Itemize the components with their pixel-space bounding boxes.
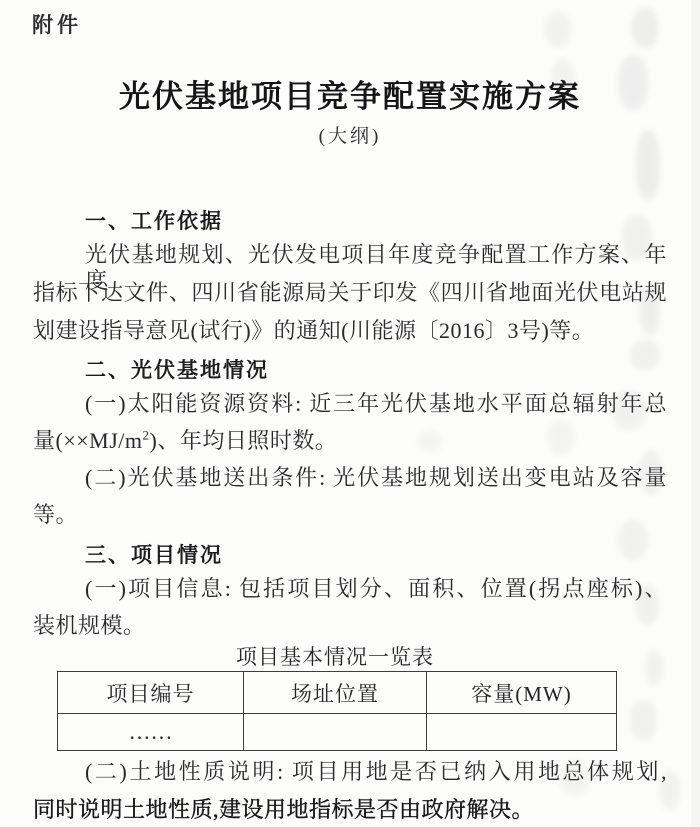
section2-item2-line2: 等。 [33, 502, 667, 528]
superscript-2: 2 [143, 428, 150, 443]
section3-item1-line1: (一)项目信息: 包括项目划分、面积、位置(拐点座标)、 [85, 576, 667, 602]
table-header-row: 项目编号 场址位置 容量(MW) [58, 672, 617, 714]
section2-item1-line1: (一)太阳能资源资料: 近三年光伏基地水平面总辐射年总 [85, 391, 667, 417]
section2-heading: 二、光伏基地情况 [85, 354, 269, 384]
attachment-label: 附件 [32, 9, 82, 39]
scan-edge-band [691, 0, 700, 827]
project-basic-info-table: 项目编号 场址位置 容量(MW) …… [57, 671, 617, 751]
section1-paragraph-line2: 指标下达文件、四川省能源局关于印发《四川省地面光伏电站规 [33, 280, 667, 306]
section3-heading: 三、项目情况 [85, 539, 223, 569]
scanned-document-page: 附件 光伏基地项目竞争配置实施方案 (大纲) 一、工作依据 光伏基地规划、光伏发… [0, 0, 700, 827]
section2-item2-line1: (二)光伏基地送出条件: 光伏基地规划送出变电站及容量 [85, 465, 667, 491]
table-header-site-location: 场址位置 [244, 672, 427, 714]
table-row: …… [58, 714, 617, 751]
table-caption: 项目基本情况一览表 [57, 641, 613, 671]
section2-item1-line2: 量(××MJ/m2)、年均日照时数。 [33, 428, 667, 454]
section3-item2-line1: (二)土地性质说明: 项目用地是否已纳入用地总体规划, [85, 759, 667, 785]
section1-heading: 一、工作依据 [85, 205, 223, 235]
section3-item2-line2: 同时说明土地性质,建设用地指标是否由政府解决。 [33, 797, 667, 823]
radiation-unit-prefix: 量(××MJ/m [33, 428, 143, 453]
document-subtitle: (大纲) [0, 121, 700, 148]
table-cell-project-number: …… [58, 714, 244, 751]
section1-paragraph-line3: 划建设指导意见(试行)》的通知(川能源〔2016〕3号)等。 [33, 318, 667, 344]
table-cell-capacity [427, 714, 617, 751]
radiation-unit-suffix: )、年均日照时数。 [150, 428, 338, 453]
table-cell-site-location [244, 714, 427, 751]
table-header-capacity-mw: 容量(MW) [427, 672, 617, 714]
section3-item1-line2: 装机规模。 [33, 613, 667, 639]
document-title: 光伏基地项目竞争配置实施方案 [0, 71, 700, 116]
table-header-project-number: 项目编号 [58, 672, 244, 714]
